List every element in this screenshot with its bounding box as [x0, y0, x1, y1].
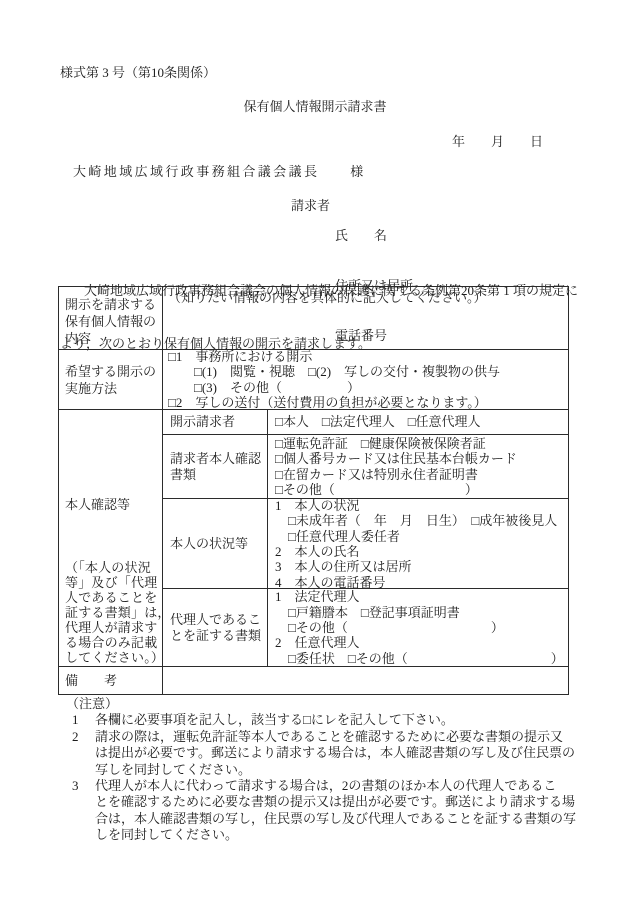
disclosure-content-cell: （知りたい情報の内容を具体的に記入してください。）	[163, 287, 568, 349]
note-text: 請求の際は，運転免許証等本人であることを確認するために必要な書類の提示又は提出が…	[85, 729, 605, 778]
row-disclosure-method: 希望する開示の実施方法 □1 事務所における開示 □(1) 閲覧・視聴 □(2)…	[59, 349, 568, 409]
principal-status-label: 本人の状況等	[163, 499, 268, 588]
identity-documents-options: □運転免許証 □健康保険被保険者証□個人番号カード又は住民基本台帳カード□在留カ…	[268, 435, 568, 499]
note-number: 2	[72, 729, 79, 745]
row-remarks: 備 考	[59, 666, 568, 694]
subrow-principal-status: 本人の状況等 1 本人の状況 □未成年者（ 年 月 日生） □成年被後見人 □任…	[163, 498, 568, 588]
identity-documents-label: 請求者本人確認書類	[163, 435, 268, 499]
request-form-table: 開示を請求する保有個人情報の内容 （知りたい情報の内容を具体的に記入してください…	[58, 286, 569, 695]
note-item-2: 2 請求の際は，運転免許証等本人であることを確認するために必要な書類の提示又は提…	[60, 729, 605, 778]
identity-verification-title: 本人確認等	[65, 496, 162, 513]
remarks-label: 備 考	[59, 667, 163, 694]
addressee-line: 大崎地域広域行政事務組合議会議長 様	[73, 161, 366, 180]
note-item-3: 3 代理人が本人に代わって請求する場合は，2の書類のほか本人の代理人であることを…	[60, 778, 605, 844]
note-number: 3	[72, 778, 79, 794]
form-number: 様式第 3 号（第10条関係）	[60, 62, 216, 81]
identity-verification-label: 本人確認等 （「本人の状況等」及び「代理人であることを証する書類」は，代理人が請…	[59, 410, 163, 666]
date-line: 年 月 日	[452, 131, 543, 150]
disclosure-method-options: □1 事務所における開示 □(1) 閲覧・視聴 □(2) 写しの交付・複製物の供…	[163, 350, 568, 409]
disclosure-method-label: 希望する開示の実施方法	[59, 350, 163, 409]
row-identity-verification: 本人確認等 （「本人の状況等」及び「代理人であることを証する書類」は，代理人が請…	[59, 409, 568, 666]
disclosure-content-label: 開示を請求する保有個人情報の内容	[59, 287, 163, 349]
page-title: 保有個人情報開示請求書	[0, 96, 630, 115]
subrow-requester-type: 開示請求者 □本人 □法定代理人 □任意代理人	[163, 410, 568, 434]
notes-section: （注意） 1 各欄に必要事項を記入し，該当する□にレを記入して下さい。 2 請求…	[60, 696, 605, 844]
subrow-agent-proof-documents: 代理人であることを証する書類 1 法定代理人 □戸籍謄本 □登記事項証明書 □そ…	[163, 588, 568, 666]
notes-heading: （注意）	[66, 696, 605, 712]
requester-type-options: □本人 □法定代理人 □任意代理人	[268, 410, 568, 434]
agent-proof-documents-options: 1 法定代理人 □戸籍謄本 □登記事項証明書 □その他（ ）2 任意代理人 □委…	[268, 589, 568, 666]
subrow-identity-documents: 請求者本人確認書類 □運転免許証 □健康保険被保険者証□個人番号カード又は住民基…	[163, 434, 568, 499]
principal-status-options: 1 本人の状況 □未成年者（ 年 月 日生） □成年被後見人 □任意代理人委任者…	[268, 499, 568, 588]
note-number: 1	[72, 712, 79, 728]
requester-type-label: 開示請求者	[163, 410, 268, 434]
requester-name-field: 氏 名	[335, 227, 413, 245]
note-text: 代理人が本人に代わって請求する場合は，2の書類のほか本人の代理人であることを確認…	[85, 778, 605, 844]
note-item-1: 1 各欄に必要事項を記入し，該当する□にレを記入して下さい。	[60, 712, 605, 728]
remarks-cell	[163, 667, 568, 694]
agent-proof-documents-label: 代理人であることを証する書類	[163, 589, 268, 666]
note-text: 各欄に必要事項を記入し，該当する□にレを記入して下さい。	[85, 712, 605, 728]
identity-verification-note: （「本人の状況等」及び「代理人であることを証する書類」は，代理人が請求する場合の…	[65, 560, 162, 665]
row-disclosure-content: 開示を請求する保有個人情報の内容 （知りたい情報の内容を具体的に記入してください…	[59, 287, 568, 349]
